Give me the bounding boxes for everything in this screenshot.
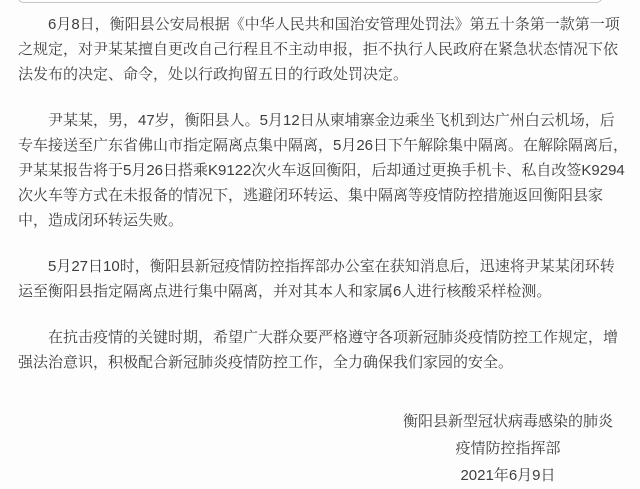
paragraph-line: 6月8日，衡阳县公安局根据《中华人民共和国治安管理处罚法》第五十条第一款第一项 <box>18 12 623 37</box>
paragraph-line: 次火车等方式在未报备的情况下，逃避闭环转运、集中隔离等疫情防控措施返回衡阳县家 <box>18 183 623 208</box>
announcement-paragraphs: 6月8日，衡阳县公安局根据《中华人民共和国治安管理处罚法》第五十条第一款第一项之… <box>18 12 623 375</box>
signature-issuer-line-1: 衡阳县新型冠状病毒感染的肺炎 <box>403 408 613 435</box>
signature-date: 2021年6月9日 <box>403 462 613 489</box>
announcement-document: 6月8日，衡阳县公安局根据《中华人民共和国治安管理处罚法》第五十条第一款第一项之… <box>18 12 623 489</box>
signature-block: 衡阳县新型冠状病毒感染的肺炎 疫情防控指挥部 2021年6月9日 <box>403 408 613 489</box>
paragraph-line: 专车接送至广东省佛山市指定隔离点集中隔离，5月26日下午解除集中隔离。在解除隔离… <box>18 133 623 158</box>
signature-issuer-line-2: 疫情防控指挥部 <box>403 435 613 462</box>
paragraph-line: 法发布的决定、命令，处以行政拘留五日的行政处罚决定。 <box>18 62 623 87</box>
paragraph: 6月8日，衡阳县公安局根据《中华人民共和国治安管理处罚法》第五十条第一款第一项之… <box>18 12 623 87</box>
paragraph: 尹某某，男，47岁，衡阳县人。5月12日从柬埔寨金边乘坐飞机到达广州白云机场，后… <box>18 108 623 233</box>
paragraph-line: 在抗击疫情的关键时期，希望广大群众要严格遵守各项新冠肺炎疫情防控工作规定，增 <box>18 325 623 350</box>
paragraph-line: 运至衡阳县指定隔离点进行集中隔离，并对其本人和家属6人进行核酸采样检测。 <box>18 279 623 304</box>
paragraph: 在抗击疫情的关键时期，希望广大群众要严格遵守各项新冠肺炎疫情防控工作规定，增强法… <box>18 325 623 375</box>
image-frame-bottom-edge <box>17 0 603 3</box>
paragraph: 5月27日10时，衡阳县新冠疫情防控指挥部办公室在获知消息后，迅速将尹某某闭环转… <box>18 254 623 304</box>
paragraph-line: 尹某某，男，47岁，衡阳县人。5月12日从柬埔寨金边乘坐飞机到达广州白云机场，后 <box>18 108 623 133</box>
paragraph-line: 中，造成闭环转运失败。 <box>18 208 623 233</box>
paragraph-line: 尹某某报告将于5月26日搭乘K9122次火车返回衡阳，后却通过更换手机卡、私自改… <box>18 158 623 183</box>
paragraph-line: 之规定，对尹某某擅自更改自己行程且不主动申报，拒不执行人民政府在紧急状态情况下依 <box>18 37 623 62</box>
paragraph-line: 5月27日10时，衡阳县新冠疫情防控指挥部办公室在获知消息后，迅速将尹某某闭环转 <box>18 254 623 279</box>
paragraph-line: 强法治意识，积极配合新冠肺炎疫情防控工作，全力确保我们家园的安全。 <box>18 350 623 375</box>
